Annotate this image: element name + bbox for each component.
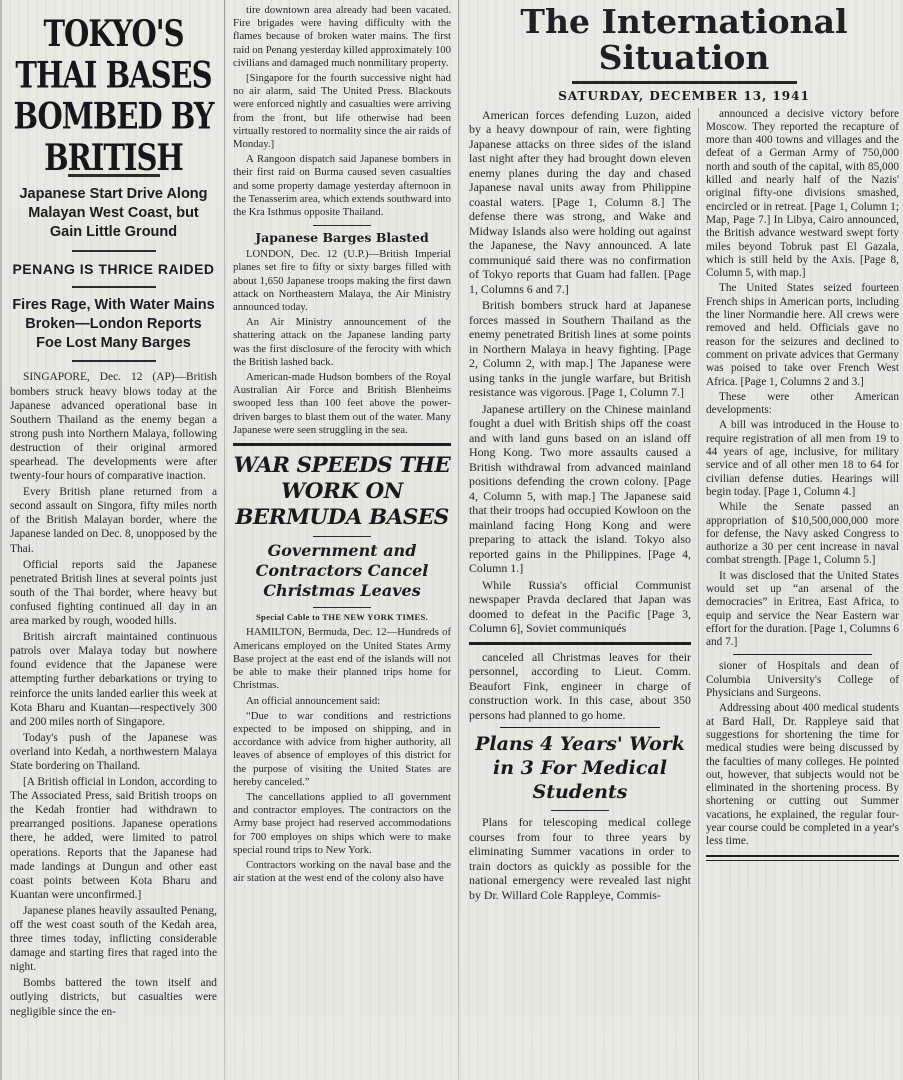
medical-paragraph: Plans for telescoping medical college co… [469, 815, 691, 902]
article-paragraph: LONDON, Dec. 12 (U.P.)—British Imperial … [233, 248, 451, 314]
summary-paragraph: These were other American developments: [706, 391, 899, 418]
divider-rule [72, 286, 156, 288]
medical-continuation-paragraph: Addressing about 400 medical students at… [706, 702, 899, 848]
article-paragraph: SINGAPORE, Dec. 12 (AP)—British bombers … [10, 370, 217, 483]
article-paragraph: HAMILTON, Bermuda, Dec. 12—Hundreds of A… [233, 626, 451, 692]
article-paragraph: [A British official in London, according… [10, 775, 217, 902]
barges-subhead: Japanese Barges Blasted [233, 230, 451, 245]
divider-rule [313, 607, 371, 608]
medical-headline: Plans 4 Years' Work in 3 For Medical Stu… [469, 733, 691, 804]
article-paragraph: An official announcement said: [233, 695, 451, 708]
divider-rule [551, 810, 609, 811]
column-tokyo-article: TOKYO'S THAI BASES BOMBED BY BRITISH Jap… [0, 0, 224, 1080]
medical-continuation-paragraph: sioner of Hospitals and dean of Columbia… [706, 660, 899, 700]
international-situation-section: The International Situation SATURDAY, DE… [459, 0, 903, 1080]
article-paragraph: British aircraft maintained continuous p… [10, 630, 217, 729]
divider-rule [572, 81, 797, 84]
section-rule [500, 727, 660, 728]
edition-dateline: SATURDAY, DECEMBER 13, 1941 [465, 89, 903, 103]
article-paragraph: Contractors working on the naval base an… [233, 859, 451, 885]
summary-paragraph: Japanese artillery on the Chinese mainla… [469, 402, 691, 576]
double-rule [706, 855, 899, 861]
tokyo-headline: TOKYO'S THAI BASES BOMBED BY BRITISH [10, 6, 217, 206]
bermuda-headline: WAR SPEEDS THE WORK ON BERMUDA BASES [233, 453, 451, 530]
article-paragraph: Bombs battered the town itself and outly… [10, 976, 217, 1018]
summary-paragraph: A bill was introduced in the House to re… [706, 419, 899, 499]
column-continuation-bermuda: tire downtown area already had been vaca… [225, 0, 458, 1080]
article-paragraph: An Air Ministry announcement of the shat… [233, 316, 451, 369]
bermuda-article: WAR SPEEDS THE WORK ON BERMUDA BASES Gov… [233, 443, 451, 885]
article-paragraph: Official reports said the Japanese penet… [10, 558, 217, 628]
article-paragraph: tire downtown area already had been vaca… [233, 4, 451, 70]
summary-paragraph: The United States seized fourteen French… [706, 282, 899, 388]
international-left-column: American forces defending Luzon, aided b… [465, 108, 698, 1080]
summary-paragraph: American forces defending Luzon, aided b… [469, 108, 691, 297]
divider-rule [72, 250, 156, 252]
divider-rule [313, 536, 371, 537]
international-right-column: announced a decisive victory before Mosc… [699, 108, 903, 1080]
divider-rule [313, 225, 371, 226]
section-rule [733, 654, 872, 655]
tokyo-deck-fires: Fires Rage, With Water Mains Broken—Lond… [12, 296, 215, 353]
bermuda-byline: Special Cable to THE NEW YORK TIMES. [233, 612, 451, 622]
bermuda-deck: Government and Contractors Cancel Christ… [233, 541, 451, 601]
divider-rule [72, 360, 156, 362]
article-paragraph: “Due to war conditions and restrictions … [233, 710, 451, 789]
summary-paragraph: While Russia's official Communist newspa… [469, 578, 691, 636]
newspaper-page: TOKYO'S THAI BASES BOMBED BY BRITISH Jap… [0, 0, 903, 1080]
article-paragraph: American-made Hudson bombers of the Roya… [233, 371, 451, 437]
article-paragraph: A Rangoon dispatch said Japanese bombers… [233, 153, 451, 219]
bermuda-continuation-paragraph: canceled all Christmas leaves for their … [469, 650, 691, 723]
international-columns: American forces defending Luzon, aided b… [465, 108, 903, 1080]
tokyo-deck-penang: PENANG IS THRICE RAIDED [12, 260, 215, 278]
bermuda-article-body: HAMILTON, Bermuda, Dec. 12—Hundreds of A… [233, 626, 451, 885]
article-paragraph: [Singapore for the fourth successive nig… [233, 72, 451, 151]
summary-paragraph: announced a decisive victory before Mosc… [706, 108, 899, 281]
article-paragraph: The cancellations applied to all governm… [233, 791, 451, 857]
tokyo-article-continuation: tire downtown area already had been vaca… [233, 4, 451, 437]
section-rule [469, 642, 691, 645]
summary-paragraph: It was disclosed that the United States … [706, 570, 899, 650]
summary-paragraph: While the Senate passed an appropriation… [706, 501, 899, 567]
article-paragraph: Today's push of the Japanese was overlan… [10, 731, 217, 773]
tokyo-article-body: SINGAPORE, Dec. 12 (AP)—British bombers … [10, 370, 217, 1018]
summary-paragraph: British bombers struck hard at Japanese … [469, 298, 691, 400]
article-paragraph: Japanese planes heavily assaulted Penang… [10, 904, 217, 974]
international-situation-title: The International Situation [471, 4, 897, 77]
article-paragraph: Every British plane returned from a seco… [10, 485, 217, 555]
